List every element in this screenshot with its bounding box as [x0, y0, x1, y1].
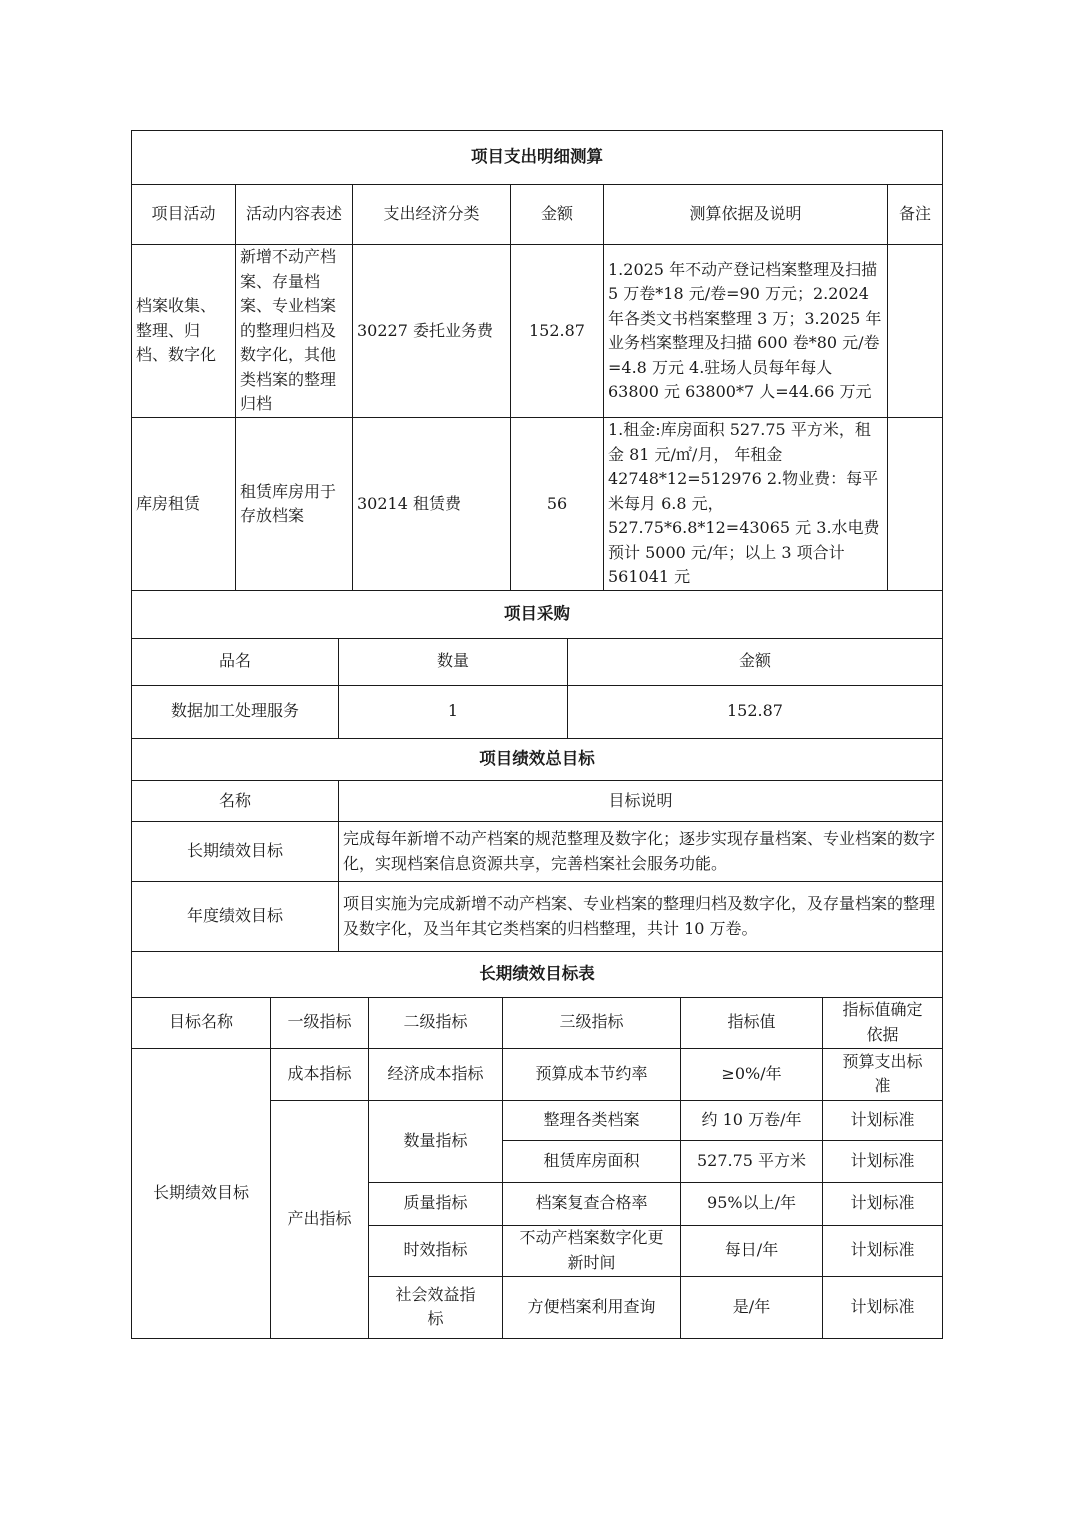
- header-activity: 项目活动: [132, 185, 236, 245]
- level1-cell: 产出指标: [271, 1100, 369, 1338]
- goal-name-cell: 年度绩效目标: [132, 882, 339, 952]
- level3-cell: 整理各类档案: [503, 1100, 681, 1140]
- header-value: 指标值: [681, 997, 823, 1048]
- remark-cell: [888, 245, 943, 418]
- header-level2: 二级指标: [369, 997, 503, 1048]
- goal-name-cell: 长期绩效目标: [132, 822, 339, 882]
- goal-row: 长期绩效目标 完成每年新增不动产档案的规范整理及数字化；逐步实现存量档案、专业档…: [132, 822, 943, 882]
- level2-cell: 经济成本指标: [369, 1048, 503, 1100]
- level2-cell: 数量指标: [369, 1100, 503, 1182]
- item-name-cell: 数据加工处理服务: [132, 685, 339, 738]
- header-item-name: 品名: [132, 638, 339, 685]
- procurement-title: 项目采购: [132, 591, 943, 638]
- activity-cell: 档案收集、整理、归档、数字化: [132, 245, 236, 418]
- header-basis: 测算依据及说明: [604, 185, 888, 245]
- header-category: 支出经济分类: [353, 185, 511, 245]
- level1-cell: 成本指标: [271, 1048, 369, 1100]
- amount-cell: 152.87: [568, 685, 943, 738]
- header-goal-name: 目标名称: [132, 997, 271, 1048]
- level2-cell: 社会效益指标: [369, 1276, 503, 1338]
- remark-cell: [888, 418, 943, 591]
- category-cell: 30214 租赁费: [353, 418, 511, 591]
- header-value-basis: 指标值确定依据: [823, 997, 943, 1048]
- basis-cell: 1.租金:库房面积 527.75 平方米，租金 81 元/㎡/月， 年租金 42…: [604, 418, 888, 591]
- level3-cell: 预算成本节约率: [503, 1048, 681, 1100]
- indicator-row: 长期绩效目标 成本指标 经济成本指标 预算成本节约率 ≥0%/年 预算支出标准: [132, 1048, 943, 1100]
- basis-cell: 计划标准: [823, 1182, 943, 1225]
- basis-cell: 计划标准: [823, 1276, 943, 1338]
- basis-cell: 预算支出标准: [823, 1048, 943, 1100]
- header-level1: 一级指标: [271, 997, 369, 1048]
- value-cell: 95%以上/年: [681, 1182, 823, 1225]
- longterm-table: 长期绩效目标表 目标名称 一级指标 二级指标 三级指标 指标值 指标值确定依据 …: [131, 952, 943, 1339]
- basis-cell: 计划标准: [823, 1140, 943, 1182]
- overall-goal-title: 项目绩效总目标: [132, 739, 943, 781]
- description-cell: 租赁库房用于存放档案: [236, 418, 353, 591]
- value-cell: 约 10 万卷/年: [681, 1100, 823, 1140]
- basis-cell: 1.2025 年不动产登记档案整理及扫描 5 万卷*18 元/卷=90 万元；2…: [604, 245, 888, 418]
- level2-cell: 时效指标: [369, 1225, 503, 1276]
- document-page: 项目支出明细测算 项目活动 活动内容表述 支出经济分类 金额 测算依据及说明 备…: [131, 130, 942, 1339]
- header-level3: 三级指标: [503, 997, 681, 1048]
- expense-row: 档案收集、整理、归档、数字化 新增不动产档案、存量档案、专业档案的整理归档及数字…: [132, 245, 943, 418]
- level3-cell: 不动产档案数字化更新时间: [503, 1225, 681, 1276]
- activity-cell: 库房租赁: [132, 418, 236, 591]
- header-name: 名称: [132, 781, 339, 822]
- header-description: 活动内容表述: [236, 185, 353, 245]
- header-amount: 金额: [568, 638, 943, 685]
- level2-cell: 质量指标: [369, 1182, 503, 1225]
- header-remark: 备注: [888, 185, 943, 245]
- quantity-cell: 1: [339, 685, 568, 738]
- value-cell: 是/年: [681, 1276, 823, 1338]
- level3-cell: 档案复查合格率: [503, 1182, 681, 1225]
- expense-title: 项目支出明细测算: [132, 131, 943, 185]
- value-cell: ≥0%/年: [681, 1048, 823, 1100]
- expense-table: 项目支出明细测算 项目活动 活动内容表述 支出经济分类 金额 测算依据及说明 备…: [131, 130, 943, 591]
- level3-cell: 方便档案利用查询: [503, 1276, 681, 1338]
- category-cell: 30227 委托业务费: [353, 245, 511, 418]
- basis-cell: 计划标准: [823, 1100, 943, 1140]
- value-cell: 每日/年: [681, 1225, 823, 1276]
- expense-row: 库房租赁 租赁库房用于存放档案 30214 租赁费 56 1.租金:库房面积 5…: [132, 418, 943, 591]
- header-amount: 金额: [511, 185, 604, 245]
- description-cell: 新增不动产档案、存量档案、专业档案的整理归档及数字化，其他类档案的整理归档: [236, 245, 353, 418]
- goal-desc-cell: 项目实施为完成新增不动产档案、专业档案的整理归档及数字化，及存量档案的整理及数字…: [339, 882, 943, 952]
- value-cell: 527.75 平方米: [681, 1140, 823, 1182]
- goal-desc-cell: 完成每年新增不动产档案的规范整理及数字化；逐步实现存量档案、专业档案的数字化，实…: [339, 822, 943, 882]
- amount-cell: 152.87: [511, 245, 604, 418]
- header-quantity: 数量: [339, 638, 568, 685]
- basis-cell: 计划标准: [823, 1225, 943, 1276]
- level3-cell: 租赁库房面积: [503, 1140, 681, 1182]
- overall-goal-table: 项目绩效总目标 名称 目标说明 长期绩效目标 完成每年新增不动产档案的规范整理及…: [131, 739, 943, 953]
- longterm-title: 长期绩效目标表: [132, 952, 943, 997]
- procurement-table: 项目采购 品名 数量 金额 数据加工处理服务 1 152.87: [131, 591, 943, 739]
- goal-name-cell: 长期绩效目标: [132, 1048, 271, 1338]
- header-goal-desc: 目标说明: [339, 781, 943, 822]
- procurement-row: 数据加工处理服务 1 152.87: [132, 685, 943, 738]
- goal-row: 年度绩效目标 项目实施为完成新增不动产档案、专业档案的整理归档及数字化，及存量档…: [132, 882, 943, 952]
- amount-cell: 56: [511, 418, 604, 591]
